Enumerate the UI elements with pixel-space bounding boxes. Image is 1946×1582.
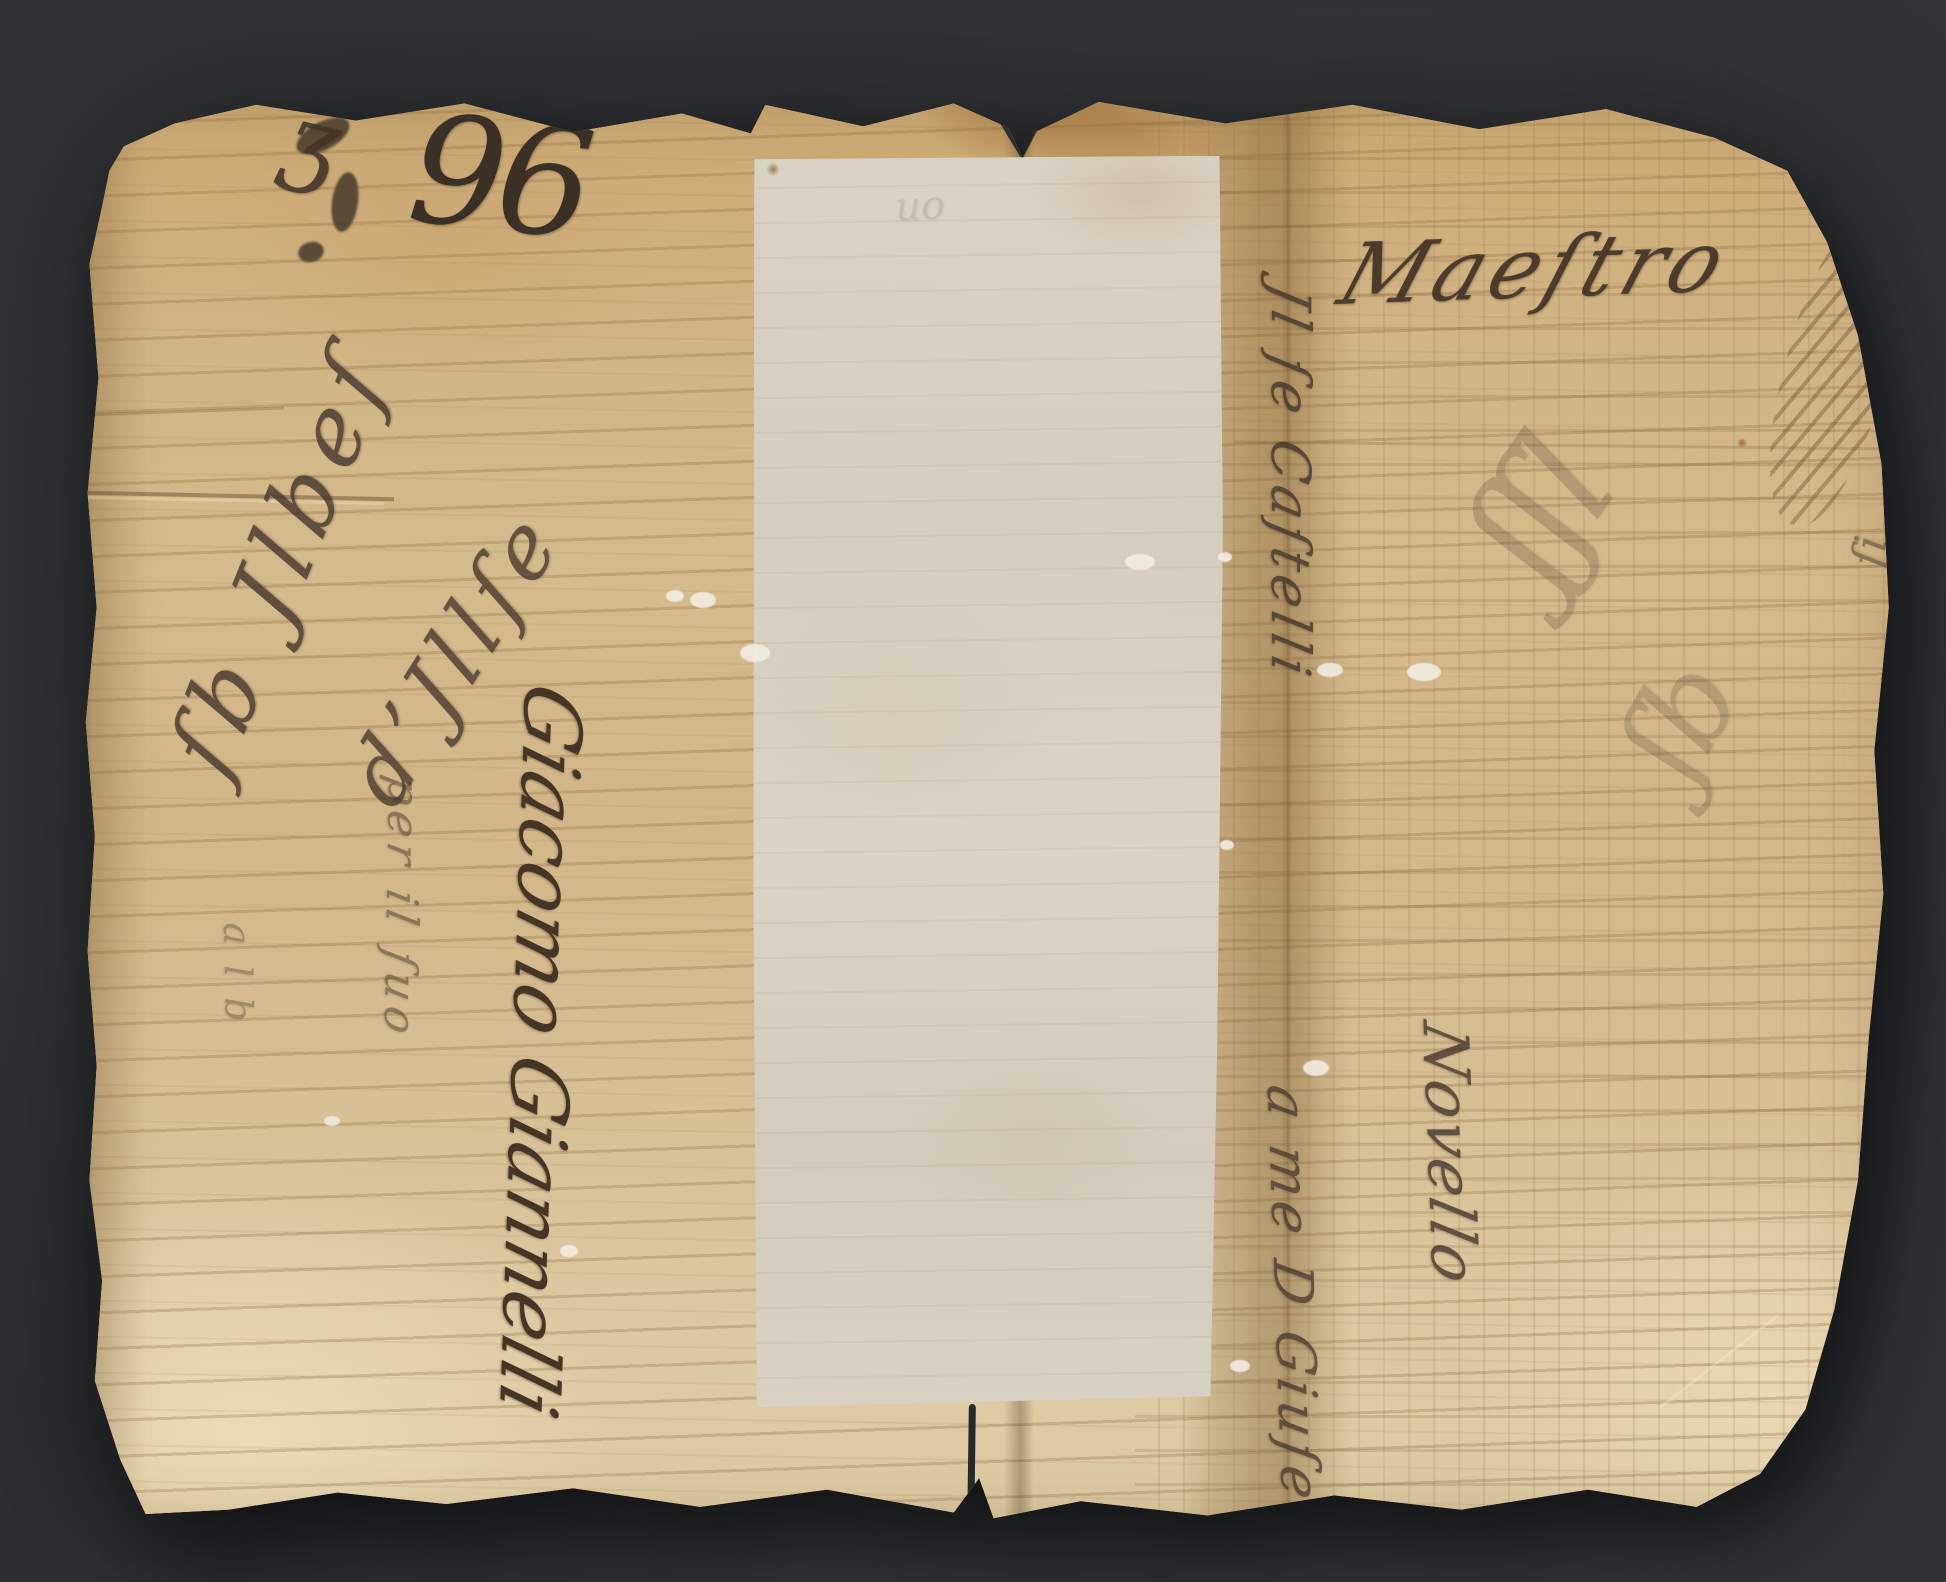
paint-fleck <box>666 590 684 602</box>
manuscript-paper: ʒ 96 ſb Jlbeſ d’Jllſe Giacomo Giannelli … <box>84 92 1896 1524</box>
paint-fleck <box>560 1245 578 1257</box>
right-lower-word: Novello <box>1408 1016 1491 1293</box>
ink-blob <box>328 170 362 233</box>
paint-fleck <box>1407 663 1441 681</box>
left-faint-column: alb <box>215 922 261 1042</box>
page-number-inscription: 96 <box>402 92 594 273</box>
paint-fleck <box>690 592 716 608</box>
corner-dogear-crease <box>1659 1314 1779 1409</box>
paint-fleck <box>1230 1360 1250 1372</box>
paint-fleck <box>1218 552 1232 562</box>
paper-shadow-wrap: ʒ 96 ſb Jlbeſ d’Jllſe Giacomo Giannelli … <box>0 0 1946 1582</box>
paint-fleck <box>324 1116 340 1126</box>
repair-strip: uo <box>750 154 1224 1409</box>
right-ghost-stroke-upper: ʃʃl <box>1434 406 1651 612</box>
bottom-edge-split <box>967 1404 976 1524</box>
paint-fleck <box>1125 554 1155 570</box>
paint-fleck <box>740 644 770 662</box>
right-ghost-stroke-lower: ʃb <box>1594 637 1769 801</box>
strip-ghost-mark: uo <box>894 182 946 230</box>
right-margin-script-lower: a me D Giuſe <box>1255 1081 1333 1509</box>
paint-fleck <box>1317 663 1343 677</box>
manuscript-photo: ʒ 96 ſb Jlbeſ d’Jllſe Giacomo Giannelli … <box>0 0 1946 1582</box>
paint-fleck <box>1303 1060 1329 1076</box>
top-edge-notch <box>980 92 1058 160</box>
paint-fleck <box>1220 840 1234 850</box>
right-margin-script-upper: Jl ſe Caſtelli <box>1259 279 1322 687</box>
left-signature: Giacomo Giannelli <box>481 674 599 1427</box>
left-upper-crease <box>84 407 284 417</box>
left-secondary-script: per il ſuo <box>374 772 429 1044</box>
hatch-doodle <box>1746 212 1896 537</box>
top-right-word: Maeſtro <box>1328 212 1743 325</box>
right-edge-fragment: ſi <box>1842 532 1896 571</box>
ink-blob <box>296 239 326 265</box>
